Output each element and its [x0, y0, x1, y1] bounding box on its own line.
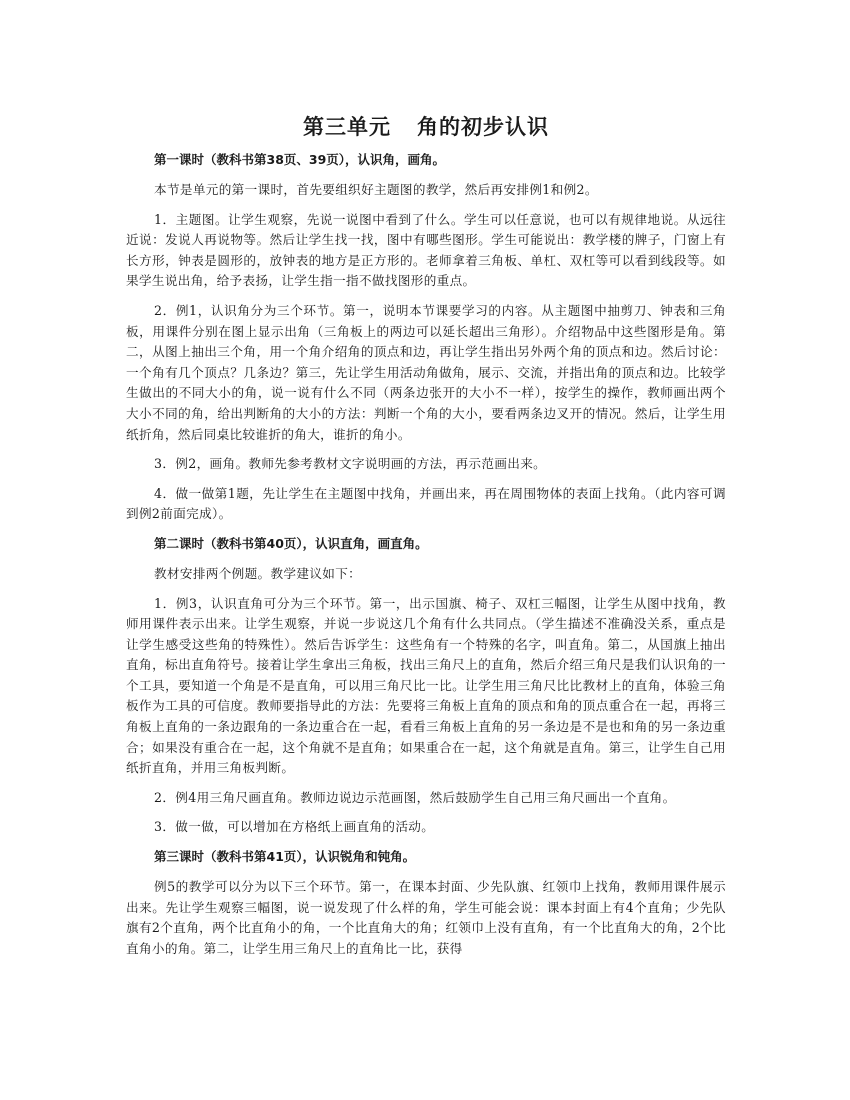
paragraph: 2．例1，认识角分为三个环节。第一，说明本节课要学习的内容。从主题图中抽剪刀、钟… — [126, 301, 726, 445]
paragraph: 3．做一做，可以增加在方格纸上画直角的活动。 — [126, 817, 726, 838]
paragraph: 1．例3，认识直角可分为三个环节。第一，出示国旗、椅子、双杠三幅图，让学生从图中… — [126, 594, 726, 779]
section-heading-2: 第二课时（教科书第40页），认识直角，画直角。 — [126, 534, 726, 554]
section-heading-1: 第一课时（教科书第38页、39页），认识角，画角。 — [126, 150, 726, 170]
paragraph: 4．做一做第1题，先让学生在主题图中找角，并画出来，再在周围物体的表面上找角。（… — [126, 484, 726, 525]
paragraph: 2．例4用三角尺画直角。教师边说边示范画图，然后鼓励学生自己用三角尺画出一个直角… — [126, 788, 726, 809]
paragraph: 3．例2，画角。教师先参考教材文字说明画的方法，再示范画出来。 — [126, 454, 726, 475]
section-heading-3: 第三课时（教科书第41页），认识锐角和钝角。 — [126, 847, 726, 867]
paragraph: 本节是单元的第一课时，首先要组织好主题图的教学，然后再安排例1和例2。 — [126, 180, 726, 201]
document-page: 第三单元角的初步认识 第一课时（教科书第38页、39页），认识角，画角。 本节是… — [126, 112, 726, 968]
paragraph: 1．主题图。让学生观察，先说一说图中看到了什么。学生可以任意说，也可以有规律地说… — [126, 210, 726, 292]
paragraph: 教材安排两个例题。教学建议如下： — [126, 564, 726, 585]
page-title: 第三单元角的初步认识 — [126, 112, 726, 142]
title-topic: 角的初步认识 — [417, 115, 549, 139]
paragraph: 例5的教学可以分为以下三个环节。第一，在课本封面、少先队旗、红领巾上找角，教师用… — [126, 877, 726, 959]
title-unit: 第三单元 — [303, 115, 391, 139]
